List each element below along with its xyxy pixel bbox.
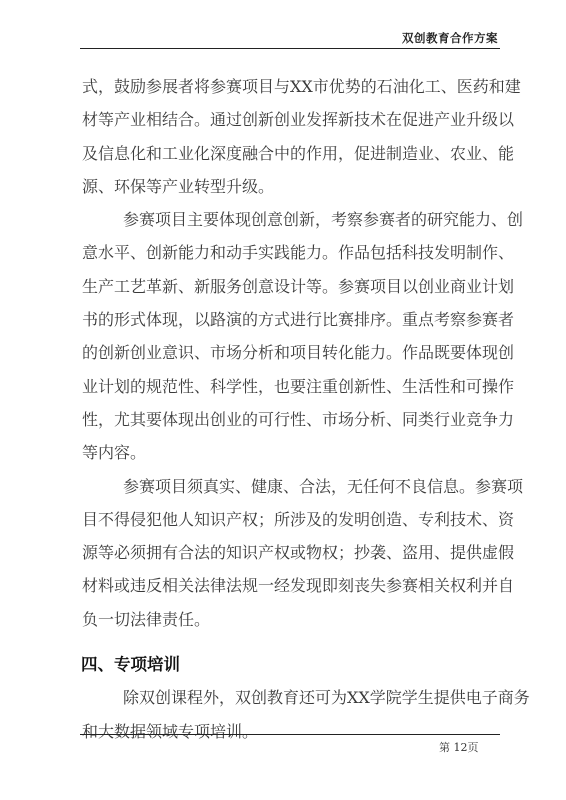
page-number: 第 12页 [439,739,479,755]
text-line: 书的形式体现，以路演的方式进行比赛排序。重点考察参赛者 [82,303,498,336]
text-line: 参赛项目主要体现创意创新，考察参赛者的研究能力、创 [82,203,498,236]
section-heading: 四、专项培训 [81,648,498,681]
paragraph: 参赛项目主要体现创意创新，考察参赛者的研究能力、创 意水平、创新能力和动手实践能… [82,203,498,469]
paragraph: 式，鼓励参展者将参赛项目与XX市优势的石油化工、医药和建 材等产业相结合。通过创… [82,70,498,203]
text-line: 意水平、创新能力和动手实践能力。作品包括科技发明制作、 [82,236,498,269]
text-line: 的创新创业意识、市场分析和项目转化能力。作品既要体现创 [82,336,498,369]
text-line: 负一切法律责任。 [82,603,498,636]
text-line: 参赛项目须真实、健康、合法，无任何不良信息。参赛项 [82,470,498,503]
text-line: 等内容。 [82,436,498,469]
page-header: 双创教育合作方案 [80,28,500,49]
text-line: 和大数据领域专项培训。 [82,715,498,748]
text-line: 及信息化和工业化深度融合中的作用，促进制造业、农业、能 [82,137,498,170]
text-line: 材等产业相结合。通过创新创业发挥新技术在促进产业升级以 [82,103,498,136]
page-footer-rule [80,734,500,735]
document-title: 双创教育合作方案 [402,30,498,46]
text-line: 业计划的规范性、科学性，也要注重创新性、生活性和可操作 [82,370,498,403]
text-line: 目不得侵犯他人知识产权；所涉及的发明创造、专利技术、资 [82,503,498,536]
text-line: 性，尤其要体现出创业的可行性、市场分析、同类行业竞争力 [82,403,498,436]
text-line: 材料或违反相关法律法规一经发现即刻丧失参赛相关权利并自 [82,569,498,602]
text-line: 除双创课程外，双创教育还可为XX学院学生提供电子商务 [82,681,498,714]
paragraph: 参赛项目须真实、健康、合法，无任何不良信息。参赛项 目不得侵犯他人知识产权；所涉… [82,470,498,636]
text-line: 式，鼓励参展者将参赛项目与XX市优势的石油化工、医药和建 [82,70,498,103]
text-line: 源等必须拥有合法的知识产权或物权；抄袭、盗用、提供虚假 [82,536,498,569]
paragraph: 除双创课程外，双创教育还可为XX学院学生提供电子商务 和大数据领域专项培训。 [82,681,498,748]
text-line: 源、环保等产业转型升级。 [82,170,498,203]
document-body: 式，鼓励参展者将参赛项目与XX市优势的石油化工、医药和建 材等产业相结合。通过创… [82,70,498,748]
text-line: 生产工艺革新、新服务创意设计等。参赛项目以创业商业计划 [82,270,498,303]
